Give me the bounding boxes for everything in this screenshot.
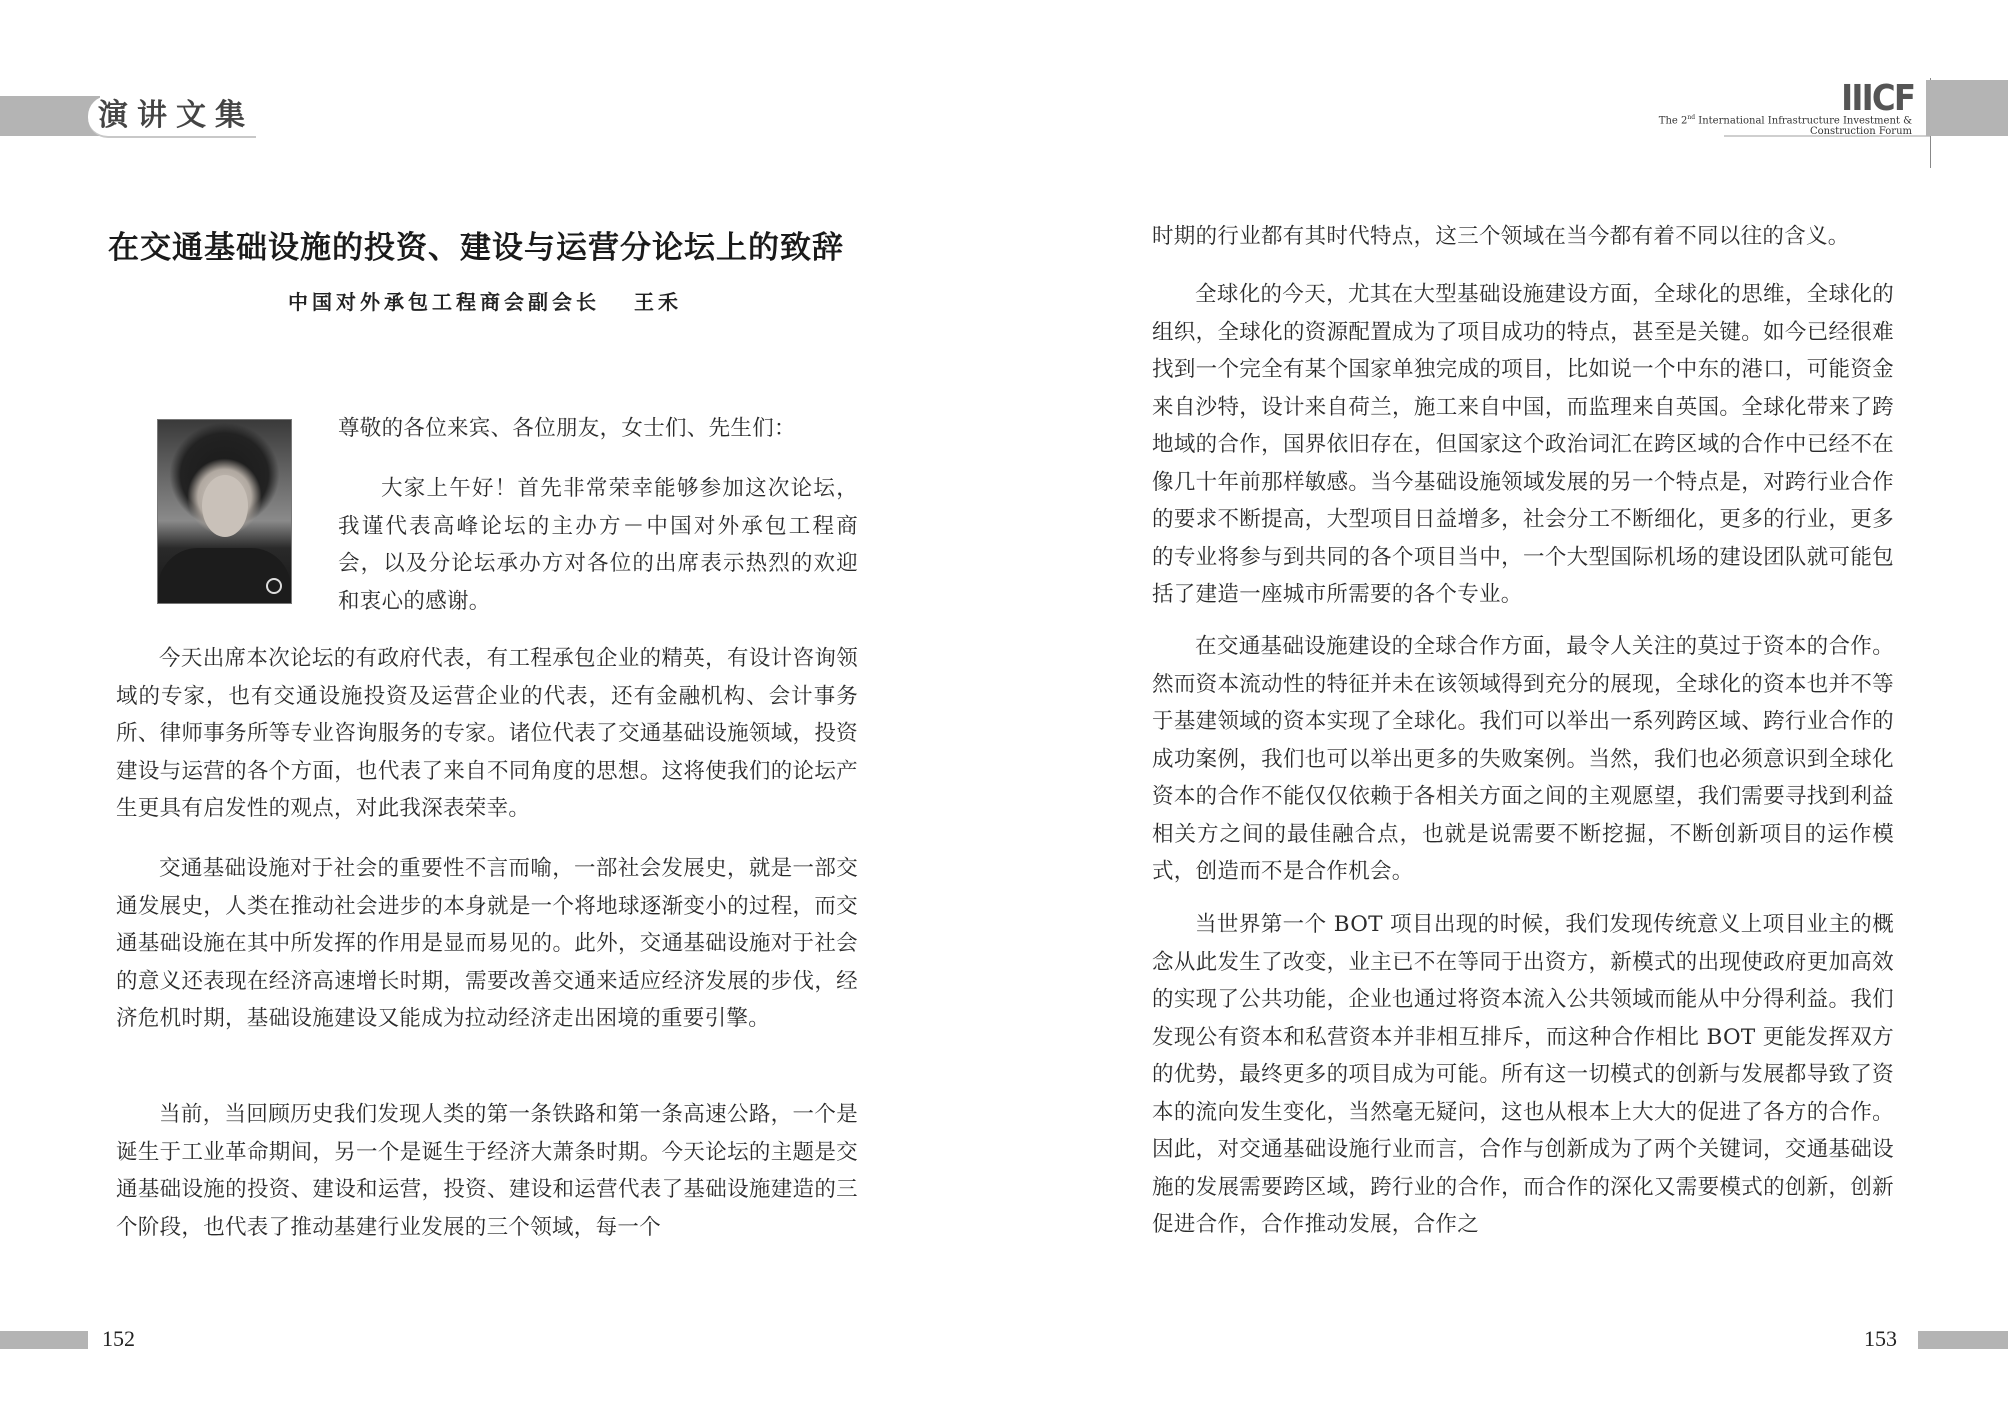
byline-position: 中国对外承包工程商会副会长 [288,290,600,314]
paragraph-2: 今天出席本次论坛的有政府代表，有工程承包企业的精英，有设计咨询领域的专家，也有交… [116,640,858,828]
paragraph-1: 大家上午好！首先非常荣幸能够参加这次论坛，我谨代表高峰论坛的主办方－中国对外承包… [338,470,858,620]
article-title: 在交通基础设施的投资、建设与运营分论坛上的致辞 [108,222,888,267]
photo-face [202,475,248,537]
left-page: 演讲文集 在交通基础设施的投资、建设与运营分论坛上的致辞 中国对外承包工程商会副… [0,0,1004,1417]
subtitle-prefix: The 2 [1659,115,1688,126]
footer-bar-right [1918,1331,2008,1349]
paragraph-6: 全球化的今天，尤其在大型基础设施建设方面，全球化的思维，全球化的组织，全球化的资… [1152,276,1894,614]
page-number-right: 153 [1864,1326,1897,1352]
forum-subtitle: The 2nd International Infrastructure Inv… [1659,112,1912,137]
paragraph-4: 当前，当回顾历史我们发现人类的第一条铁路和第一条高速公路，一个是诞生于工业革命期… [116,1096,858,1246]
page-number-left: 152 [102,1326,135,1352]
section-label: 演讲文集 [98,96,254,136]
speaker-photo [157,419,292,604]
subtitle-sup: nd [1687,114,1695,121]
subtitle-line2: Construction Forum [1810,126,1912,137]
paragraph-7: 在交通基础设施建设的全球合作方面，最令人关注的莫过于资本的合作。然而资本流动性的… [1152,628,1894,891]
footer-bar-left [0,1331,88,1349]
header-bar-right [1926,80,2008,136]
header-bar-left [0,96,100,136]
greeting: 尊敬的各位来宾、各位朋友，女士们、先生们： [338,410,858,448]
photo-shoulders [158,548,291,603]
right-page: IIICF The 2nd International Infrastructu… [1004,0,2008,1417]
paragraph-8: 当世界第一个 BOT 项目出现的时候，我们发现传统意义上项目业主的概念从此发生了… [1152,906,1894,1244]
paragraph-3: 交通基础设施对于社会的重要性不言而喻，一部社会发展史，就是一部交通发展史，人类在… [116,850,858,1038]
paragraph-5: 时期的行业都有其时代特点，这三个领域在当今都有着不同以往的含义。 [1152,218,1894,256]
subtitle-suffix: International Infrastructure Investment … [1695,115,1912,126]
byline: 中国对外承包工程商会副会长王禾 [288,286,682,315]
brooch-icon [266,578,282,594]
byline-name: 王禾 [634,290,682,314]
